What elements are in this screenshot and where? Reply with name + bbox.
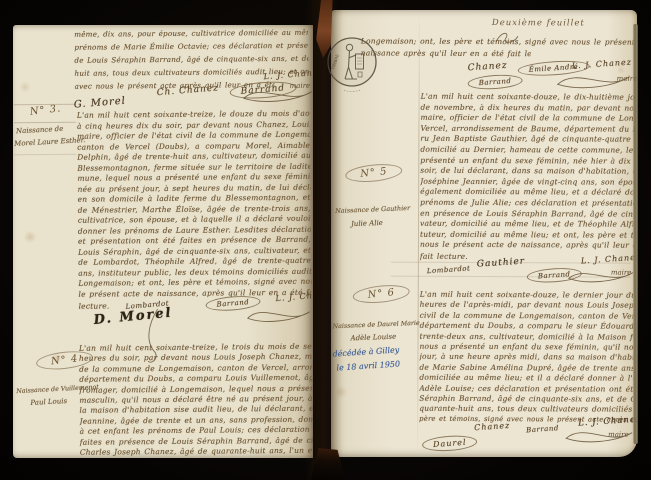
margin-rule bbox=[14, 122, 76, 124]
signature-father-daurel: Daurel bbox=[422, 434, 478, 453]
act4-text: L'an mil huit cent soixante-treize, le t… bbox=[79, 342, 313, 458]
signature-mayor-title-3: maire bbox=[611, 269, 632, 277]
act5-text: L'an mil huit cent soixante-douze, le di… bbox=[420, 92, 635, 252]
manuscript-line: quarante-huit ans, tous deux cultivateur… bbox=[419, 404, 633, 415]
manuscript-line: Charles Joseph Chanez, âgé de quarante-h… bbox=[80, 446, 313, 458]
signature-morel: G. Morel bbox=[73, 96, 126, 111]
signature-chanez-b: Chanez bbox=[474, 421, 511, 432]
act6-death-annotation-line2: le 18 avril 1950 bbox=[336, 359, 400, 372]
page-edge-stack bbox=[633, 24, 638, 444]
act6-margin-title: Naissance de Daurel Marie bbox=[332, 320, 419, 330]
act5-margin-number: N° 5 bbox=[345, 162, 404, 185]
left-page: même, dix ans, pour épouse, cultivatrice… bbox=[13, 25, 313, 458]
signature-flourish bbox=[246, 304, 312, 327]
act4-margin-title2: Paul Louis bbox=[30, 397, 67, 407]
act3-margin-title2: Morel Laure Esther. bbox=[14, 136, 86, 148]
register-scan: même, dix ans, pour épouse, cultivatrice… bbox=[0, 0, 651, 480]
act6-death-annotation-line1: décédée à Gilley bbox=[332, 345, 399, 358]
act3-margin-number: N° 3. bbox=[29, 103, 62, 117]
signature-chanez-r: Chanez bbox=[467, 61, 507, 74]
revenue-stamp: TIMBRE bbox=[324, 34, 380, 96]
folio-header: Deuxième feuillet bbox=[492, 18, 585, 28]
act5-margin-title: Naissance de Gauthier bbox=[335, 204, 410, 215]
act6-margin-number: N° 6 bbox=[352, 283, 411, 306]
margin-rule bbox=[14, 154, 76, 156]
act6-margin-title2: Adèle Louise bbox=[350, 333, 396, 343]
signature-mayor-title-b: maire bbox=[608, 431, 629, 439]
act6-text: L'an mil huit cent soixante-douze, le de… bbox=[419, 290, 634, 416]
act5-margin-title2: Julie Alie bbox=[351, 219, 383, 228]
signature-lombardot-r: Lombardot bbox=[427, 264, 471, 275]
signature-barrand-r: Barrand bbox=[467, 73, 522, 91]
manuscript-line: nous le présent acte de naissance, après… bbox=[420, 240, 634, 252]
act3-text: L'an mil huit cent soixante-treize, le d… bbox=[77, 109, 312, 300]
ruled-line bbox=[391, 276, 631, 278]
act4r-continuation-lastline: naissance après qu'il leur en a été fait… bbox=[361, 48, 531, 58]
signature-mayor-r: L. J. Chanez bbox=[572, 58, 633, 71]
act3-margin-title: Naissance de bbox=[16, 125, 64, 135]
signature-barrand-b: Barrand bbox=[526, 424, 559, 434]
signature-mayor-title: maire bbox=[290, 82, 311, 90]
